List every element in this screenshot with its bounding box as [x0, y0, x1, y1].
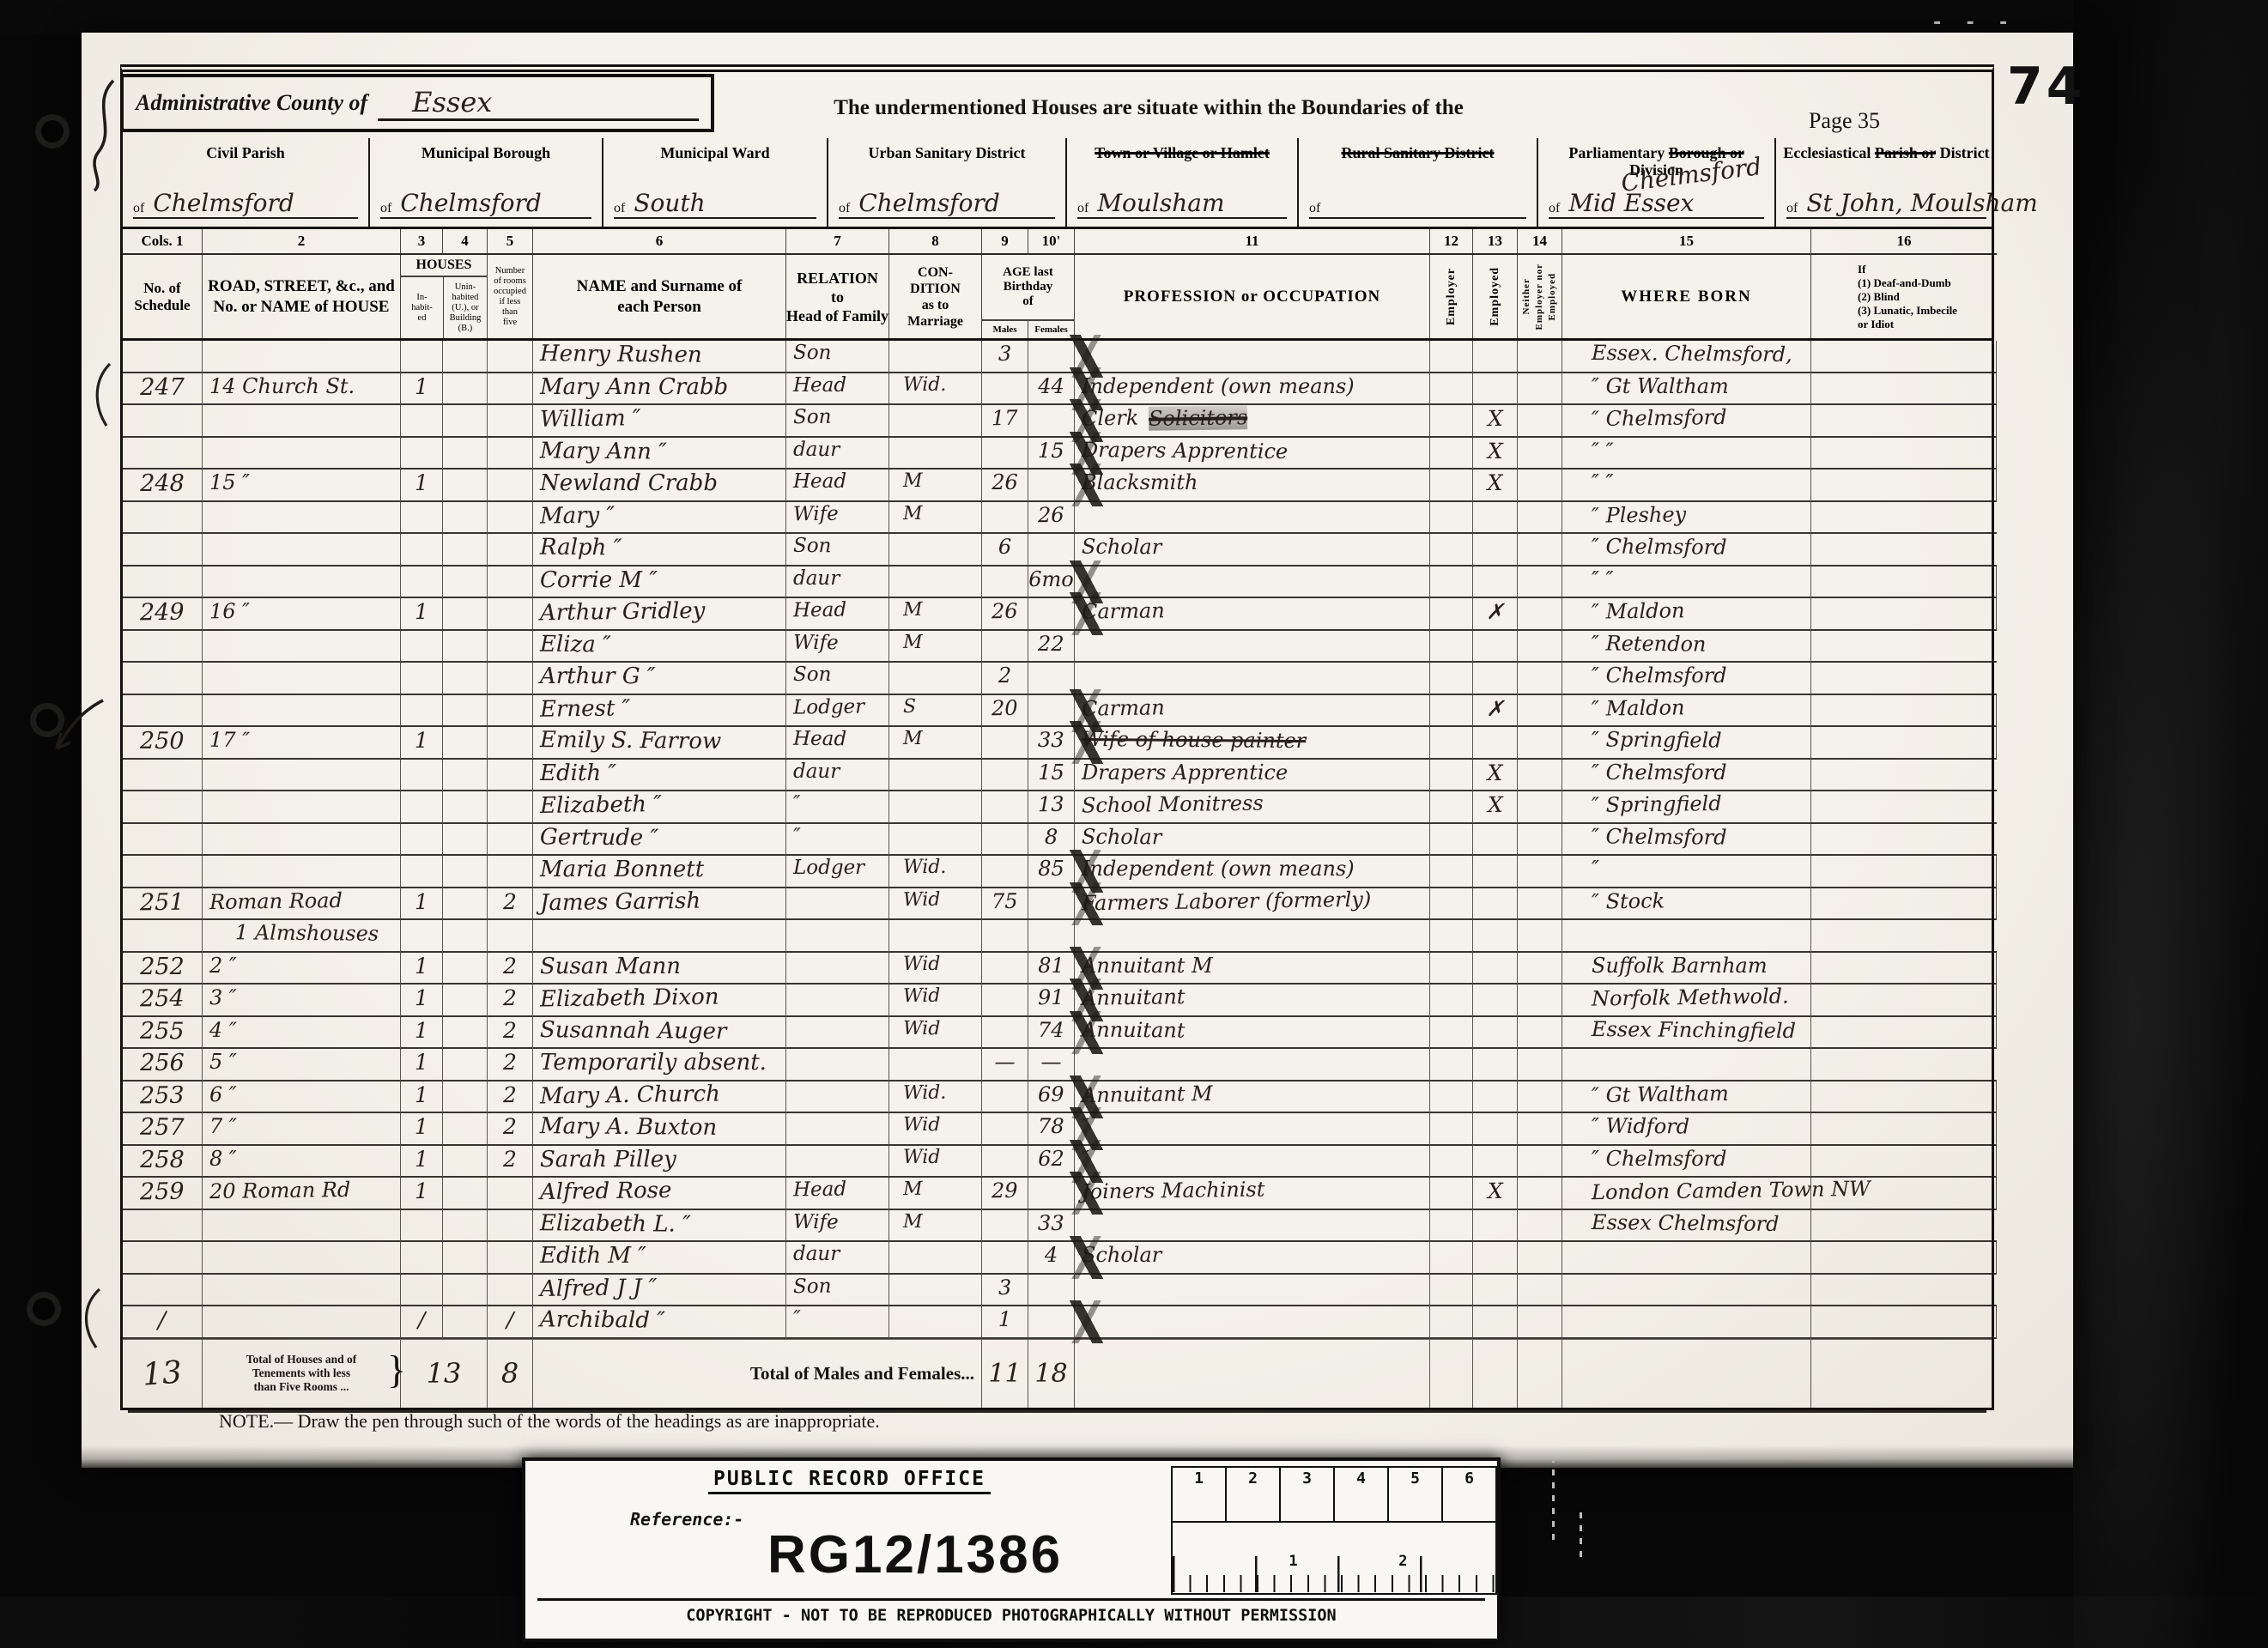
cell-neither — [1518, 1113, 1562, 1146]
cell-infirmity — [1811, 1178, 1997, 1210]
cell-name: Edith ″ — [533, 760, 786, 792]
table-row: 2522 ″12Susan MannWid81Annuitant MSuffol… — [123, 953, 1992, 985]
cell-name: Alfred Rose — [533, 1178, 786, 1210]
cell-neither — [1518, 534, 1562, 566]
cell-schedule: 258 — [123, 1146, 203, 1178]
district-value: Chelmsford — [153, 189, 294, 217]
cell-age-female — [1028, 695, 1075, 728]
district-label: Civil Parish — [123, 144, 368, 161]
table-row: Maria BonnettLodgerWid.85Independent (ow… — [123, 856, 1992, 888]
cell-relation: Son — [786, 663, 889, 695]
header-rooms: Number of rooms occupied if less than fi… — [488, 255, 533, 338]
cell-name: Susan Mann — [533, 953, 786, 985]
cell-condition: Wid. — [889, 856, 982, 888]
cell-employer — [1430, 502, 1473, 535]
cell-condition: M — [889, 502, 982, 535]
cell-age-male — [982, 566, 1028, 599]
table-row: Corrie M ″daur6mo″ ″ — [123, 566, 1992, 599]
ruler-cm-number: 2 — [1227, 1468, 1281, 1521]
header-infirmity: If (1) Deaf-and-Dumb (2) Blind (3) Lunat… — [1811, 255, 1997, 338]
cell-age-male — [982, 856, 1028, 888]
cell-employer — [1430, 663, 1473, 695]
cell-schedule: 252 — [123, 953, 203, 985]
cell-relation: Head — [786, 598, 889, 631]
cell-road — [203, 695, 401, 728]
cell-condition: Wid. — [889, 1081, 982, 1114]
of-label: of — [1077, 201, 1089, 217]
cell-where-born: ″ ″ — [1562, 438, 1811, 470]
cell-inhabited: ∕ — [401, 1306, 443, 1339]
cell-name: Emily S. Farrow — [533, 727, 786, 760]
cell-rooms — [488, 1210, 533, 1243]
cell-employer — [1430, 1017, 1473, 1050]
cell-road: Roman Road — [203, 888, 401, 921]
cell-uninhabited — [443, 1081, 488, 1114]
column-number: 3 — [401, 229, 443, 255]
cell-name: Elizabeth Dixon — [533, 985, 786, 1017]
cell-road: 17 ″ — [203, 727, 401, 760]
cell-neither — [1518, 1210, 1562, 1243]
cell-schedule: 253 — [123, 1081, 203, 1114]
cell-age-female — [1028, 1178, 1075, 1210]
cell-occupation: Joiners Machinist — [1075, 1178, 1430, 1210]
cell-employed — [1473, 727, 1518, 760]
cell-employer — [1430, 985, 1473, 1017]
cell-age-male — [982, 1017, 1028, 1050]
cell-inhabited: 1 — [401, 985, 443, 1017]
cell-neither — [1518, 727, 1562, 760]
cell-rooms — [488, 760, 533, 792]
cell-relation: Head — [786, 373, 889, 406]
cell-relation: daur — [786, 566, 889, 599]
cell-age-male: 29 — [982, 1178, 1028, 1210]
column-number: 13 — [1473, 229, 1518, 255]
cell-age-male — [982, 791, 1028, 824]
header-neither: Neither Employer nor Employed — [1520, 264, 1559, 330]
cell-relation: Wife — [786, 631, 889, 663]
cell-occupation — [1075, 502, 1430, 535]
cell-uninhabited — [443, 791, 488, 824]
cell-rooms — [488, 373, 533, 406]
cell-neither — [1518, 824, 1562, 857]
cell-neither — [1518, 405, 1562, 438]
cell-relation: ″ — [786, 791, 889, 824]
cell-condition: M — [889, 598, 982, 631]
cell-age-male — [982, 373, 1028, 406]
cell-occupation: School Monitress — [1075, 791, 1430, 824]
cell-rooms: 2 — [488, 1081, 533, 1114]
cell-relation: daur — [786, 760, 889, 792]
administrative-county-label: Administrative County of — [136, 90, 367, 116]
cell-age-female: 33 — [1028, 1210, 1075, 1243]
header-age-group: AGE last Birthday of Males Females — [982, 255, 1075, 338]
scribbled-word: Solicitors — [1149, 405, 1248, 431]
cell-uninhabited — [443, 1017, 488, 1050]
cell-name: Mary Ann Crabb — [533, 373, 786, 406]
cell-rooms — [488, 598, 533, 631]
table-row: Eliza ″WifeM22″ Retendon — [123, 631, 1992, 663]
cell-inhabited: 1 — [401, 373, 443, 406]
cell-employed — [1473, 1210, 1518, 1243]
cell-age-male — [982, 1081, 1028, 1114]
cell-condition: M — [889, 727, 982, 760]
registration-mark — [1552, 1461, 1555, 1540]
district-box: Town or Village or HamletofMoulsham — [1065, 138, 1297, 227]
cell-uninhabited — [443, 695, 488, 728]
cell-rooms — [488, 502, 533, 535]
cell-name: Arthur G ″ — [533, 663, 786, 695]
header-houses-group: HOUSES In- habit- ed Unin- habited (U.),… — [401, 255, 488, 338]
cell-road — [203, 502, 401, 535]
cell-uninhabited — [443, 1242, 488, 1275]
cell-inhabited: 1 — [401, 953, 443, 985]
column-number: 9 — [982, 229, 1028, 255]
cell-road — [203, 341, 401, 373]
cell-occupation — [1075, 341, 1430, 373]
cell-condition — [889, 405, 982, 438]
cell-age-female: 91 — [1028, 985, 1075, 1017]
cell-inhabited — [401, 405, 443, 438]
cell-inhabited: 1 — [401, 1113, 443, 1146]
cell-road: 15 ″ — [203, 470, 401, 502]
cell-rooms — [488, 470, 533, 502]
column-number: 16 — [1811, 229, 1997, 255]
cell-age-male: — — [982, 1049, 1028, 1081]
cell-uninhabited — [443, 566, 488, 599]
ruler-inch-number: 1 — [1289, 1553, 1297, 1570]
cell-uninhabited — [443, 985, 488, 1017]
table-row: 25017 ″1Emily S. FarrowHeadM33Wife of ho… — [123, 727, 1992, 760]
cell-road — [203, 760, 401, 792]
cell-road: 7 ″ — [203, 1113, 401, 1146]
cell-age-female: 33 — [1028, 727, 1075, 760]
cell-infirmity — [1811, 760, 1997, 792]
cell-neither — [1518, 760, 1562, 792]
cell-age-female: 78 — [1028, 1113, 1075, 1146]
page-number-label: Page 35 — [1809, 108, 1880, 134]
cell-age-male — [982, 920, 1028, 953]
cell-schedule: 248 — [123, 470, 203, 502]
cell-employed — [1473, 631, 1518, 663]
cell-employed — [1473, 1242, 1518, 1275]
cell-rooms — [488, 727, 533, 760]
cell-road — [203, 405, 401, 438]
cell-uninhabited — [443, 1210, 488, 1243]
cell-inhabited: 1 — [401, 727, 443, 760]
cell-occupation: Scholar — [1075, 824, 1430, 857]
cell-where-born: ″ ″ — [1562, 470, 1811, 502]
cell-rooms — [488, 405, 533, 438]
cell-schedule: ∕ — [123, 1306, 203, 1339]
cell-occupation — [1075, 920, 1430, 953]
cell-name: Elizabeth ″ — [533, 791, 786, 824]
film-frame-number: 74 — [2007, 57, 2086, 117]
cell-age-female: 81 — [1028, 953, 1075, 985]
of-label: of — [1309, 201, 1320, 217]
cell-relation — [786, 1146, 889, 1178]
cell-name: Ernest ″ — [533, 695, 786, 728]
cell-infirmity — [1811, 341, 1997, 373]
cell-employed — [1473, 1081, 1518, 1114]
film-edge-dashes: - - - — [1931, 12, 2014, 33]
film-top-bar — [0, 0, 2268, 33]
district-value-line: ofChelmsford — [839, 178, 1055, 219]
cell-where-born — [1562, 1242, 1811, 1275]
cell-road — [203, 438, 401, 470]
cell-employed — [1473, 341, 1518, 373]
cell-rooms: 2 — [488, 953, 533, 985]
cell-employer — [1430, 1081, 1473, 1114]
cell-name — [533, 920, 786, 953]
cell-age-female: 15 — [1028, 438, 1075, 470]
cell-inhabited: 1 — [401, 598, 443, 631]
totals-males-value: 11 — [982, 1340, 1028, 1408]
cell-name: Arthur Gridley — [533, 598, 786, 631]
cell-schedule — [123, 405, 203, 438]
district-value: South — [634, 189, 705, 217]
cell-infirmity — [1811, 1242, 1997, 1275]
cell-schedule: 257 — [123, 1113, 203, 1146]
cell-employed — [1473, 566, 1518, 599]
cell-name: Eliza ″ — [533, 631, 786, 663]
cell-road — [203, 791, 401, 824]
cell-age-female: 8 — [1028, 824, 1075, 857]
cell-name: Edith M ″ — [533, 1242, 786, 1275]
cell-neither — [1518, 791, 1562, 824]
cell-employer — [1430, 470, 1473, 502]
cell-road — [203, 1242, 401, 1275]
cell-schedule: 251 — [123, 888, 203, 921]
header-relation: RELATION to Head of Family — [786, 255, 889, 338]
cell-employed — [1473, 824, 1518, 857]
cell-age-female: 85 — [1028, 856, 1075, 888]
cell-relation — [786, 1081, 889, 1114]
cell-infirmity — [1811, 438, 1997, 470]
cell-rooms: 2 — [488, 888, 533, 921]
of-label: of — [133, 201, 144, 217]
cell-infirmity — [1811, 598, 1997, 631]
cell-age-female: 62 — [1028, 1146, 1075, 1178]
cell-employed — [1473, 985, 1518, 1017]
cell-schedule — [123, 695, 203, 728]
cell-condition: Wid — [889, 985, 982, 1017]
table-row: Gertrude ″″8Scholar″ Chelmsford — [123, 824, 1992, 857]
district-label: Rural Sanitary District — [1299, 144, 1537, 161]
punch-hole — [36, 709, 58, 731]
cell-age-female: 22 — [1028, 631, 1075, 663]
cell-rooms — [488, 341, 533, 373]
cell-name: Elizabeth L. ″ — [533, 1210, 786, 1243]
cell-name: Gertrude ″ — [533, 824, 786, 857]
cell-infirmity — [1811, 920, 1997, 953]
cell-condition — [889, 920, 982, 953]
cell-relation: daur — [786, 438, 889, 470]
district-box: Municipal WardofSouth — [602, 138, 827, 227]
cell-condition — [889, 534, 982, 566]
punch-hole — [41, 120, 64, 142]
of-label: of — [1549, 201, 1560, 217]
cell-rooms — [488, 1275, 533, 1307]
totals-schedule-count: 13 — [123, 1340, 203, 1408]
cell-condition — [889, 663, 982, 695]
table-row: 2554 ″12Susannah AugerWid74AnnuitantEsse… — [123, 1017, 1992, 1050]
cell-employed — [1473, 1306, 1518, 1339]
cell-neither — [1518, 1049, 1562, 1081]
cell-employed — [1473, 663, 1518, 695]
cell-condition: M — [889, 1210, 982, 1243]
copyright-line: COPYRIGHT - NOT TO BE REPRODUCED PHOTOGR… — [525, 1607, 1497, 1625]
table-row: 2543 ″12Elizabeth DixonWid91AnnuitantNor… — [123, 985, 1992, 1017]
cell-employer — [1430, 953, 1473, 985]
cell-inhabited — [401, 1210, 443, 1243]
cell-name: Ralph ″ — [533, 534, 786, 566]
cell-employed — [1473, 1275, 1518, 1307]
cell-uninhabited — [443, 727, 488, 760]
cell-age-male: 17 — [982, 405, 1028, 438]
cell-uninhabited — [443, 341, 488, 373]
cell-employer — [1430, 856, 1473, 888]
public-record-office-stamp: PUBLIC RECORD OFFICE Reference:- RG12/13… — [522, 1457, 1501, 1642]
cell-occupation: Annuitant M — [1075, 1081, 1430, 1114]
district-label: Ecclesiastical Parish or District — [1776, 144, 1997, 161]
table-row: 2565 ″12Temporarily absent.—— — [123, 1049, 1992, 1081]
totals-empty-cell — [1811, 1340, 1997, 1408]
table-row: Ralph ″Son6Scholar″ Chelmsford — [123, 534, 1992, 566]
header-occupation: PROFESSION or OCCUPATION — [1075, 255, 1430, 338]
cell-where-born: Norfolk Methwold. — [1562, 985, 1811, 1017]
cell-neither — [1518, 695, 1562, 728]
cell-where-born: Essex. Chelmsford, — [1562, 341, 1811, 373]
table-row: Edith M ″daur4Scholar — [123, 1242, 1992, 1275]
cell-uninhabited — [443, 405, 488, 438]
cell-road — [203, 824, 401, 857]
cell-relation: Son — [786, 341, 889, 373]
cell-age-male — [982, 438, 1028, 470]
cell-condition — [889, 760, 982, 792]
cell-age-female — [1028, 598, 1075, 631]
cell-infirmity — [1811, 534, 1997, 566]
cell-inhabited: 1 — [401, 1146, 443, 1178]
cell-road — [203, 631, 401, 663]
cell-condition — [889, 566, 982, 599]
cell-age-female — [1028, 534, 1075, 566]
district-value-line: of — [1309, 178, 1526, 219]
header-uninhabited: Unin- habited (U.), or Building (B.) — [443, 277, 487, 338]
cell-age-male — [982, 1146, 1028, 1178]
cell-rooms: 2 — [488, 1113, 533, 1146]
cell-uninhabited — [443, 888, 488, 921]
cell-schedule — [123, 1242, 203, 1275]
cell-occupation: Independent (own means) — [1075, 373, 1430, 406]
cell-age-female: 13 — [1028, 791, 1075, 824]
cell-age-male — [982, 1113, 1028, 1146]
totals-females-value: 18 — [1028, 1340, 1075, 1408]
cell-relation — [786, 1113, 889, 1146]
table-row: Elizabeth L. ″WifeM33Essex Chelmsford — [123, 1210, 1992, 1243]
cell-name: Temporarily absent. — [533, 1049, 786, 1081]
cell-employer — [1430, 1275, 1473, 1307]
cell-where-born: Essex Finchingfield — [1562, 1017, 1811, 1050]
cell-infirmity — [1811, 1210, 1997, 1243]
header-where-born: WHERE BORN — [1562, 255, 1811, 338]
totals-males-females-label: Total of Males and Females... — [533, 1340, 982, 1408]
cell-road: 16 ″ — [203, 598, 401, 631]
district-value-line: ofSt John, Moulsham — [1786, 178, 1986, 219]
cell-neither — [1518, 631, 1562, 663]
cell-age-female: 69 — [1028, 1081, 1075, 1114]
cell-occupation: Carman — [1075, 695, 1430, 728]
cell-inhabited — [401, 824, 443, 857]
cell-employer — [1430, 824, 1473, 857]
cell-road: 8 ″ — [203, 1146, 401, 1178]
cell-employed — [1473, 534, 1518, 566]
header-age-females: Females — [1028, 321, 1074, 338]
cell-neither — [1518, 856, 1562, 888]
district-value-line: ofSouth — [614, 178, 816, 219]
cell-uninhabited — [443, 373, 488, 406]
cell-inhabited — [401, 1275, 443, 1307]
totals-empty-cell — [1075, 1340, 1430, 1408]
cell-rooms: ∕ — [488, 1306, 533, 1339]
cell-relation: Wife — [786, 1210, 889, 1243]
cell-relation: Son — [786, 534, 889, 566]
header-employed: Employed — [1489, 267, 1501, 326]
cell-name: Archibald ″ — [533, 1306, 786, 1339]
cell-neither — [1518, 502, 1562, 535]
cell-occupation — [1075, 1049, 1430, 1081]
table-row: 24916 ″1Arthur GridleyHeadM26Carman✗″ Ma… — [123, 598, 1992, 631]
cell-occupation — [1075, 1210, 1430, 1243]
column-number: 11 — [1075, 229, 1430, 255]
district-box: Municipal BoroughofChelmsford — [368, 138, 602, 227]
cell-neither — [1518, 438, 1562, 470]
cell-uninhabited — [443, 438, 488, 470]
district-box: Parliamentary Borough or DivisionChelmsf… — [1537, 138, 1774, 227]
district-value: St John, Moulsham — [1806, 189, 2037, 217]
cell-uninhabited — [443, 502, 488, 535]
cell-where-born — [1562, 1049, 1811, 1081]
cell-inhabited — [401, 920, 443, 953]
cell-condition — [889, 791, 982, 824]
cell-condition: Wid — [889, 953, 982, 985]
cell-where-born — [1562, 1306, 1811, 1339]
cell-employed: X — [1473, 791, 1518, 824]
totals-row: 13 Total of Houses and of Tenements with… — [123, 1339, 1992, 1408]
cell-employed — [1473, 1113, 1518, 1146]
totals-empty-cell — [1473, 1340, 1518, 1408]
cell-occupation: Blacksmith — [1075, 470, 1430, 502]
column-number: 4 — [443, 229, 488, 255]
cell-condition: S — [889, 695, 982, 728]
cell-infirmity — [1811, 856, 1997, 888]
cell-infirmity — [1811, 631, 1997, 663]
cell-where-born: ″ Widford — [1562, 1113, 1811, 1146]
cell-neither — [1518, 920, 1562, 953]
cell-name: James Garrish — [533, 888, 786, 921]
cell-occupation — [1075, 631, 1430, 663]
district-value: Moulsham — [1097, 189, 1224, 217]
cell-neither — [1518, 1275, 1562, 1307]
cell-schedule — [123, 856, 203, 888]
totals-empty-cell — [1562, 1340, 1811, 1408]
cell-road — [203, 663, 401, 695]
table-row: Mary ″WifeM26″ Pleshey — [123, 502, 1992, 535]
cell-employer — [1430, 1210, 1473, 1243]
cell-infirmity — [1811, 1081, 1997, 1114]
cell-employer — [1430, 888, 1473, 921]
situate-statement: The undermentioned Houses are situate wi… — [762, 96, 1535, 120]
cell-employer — [1430, 1306, 1473, 1339]
